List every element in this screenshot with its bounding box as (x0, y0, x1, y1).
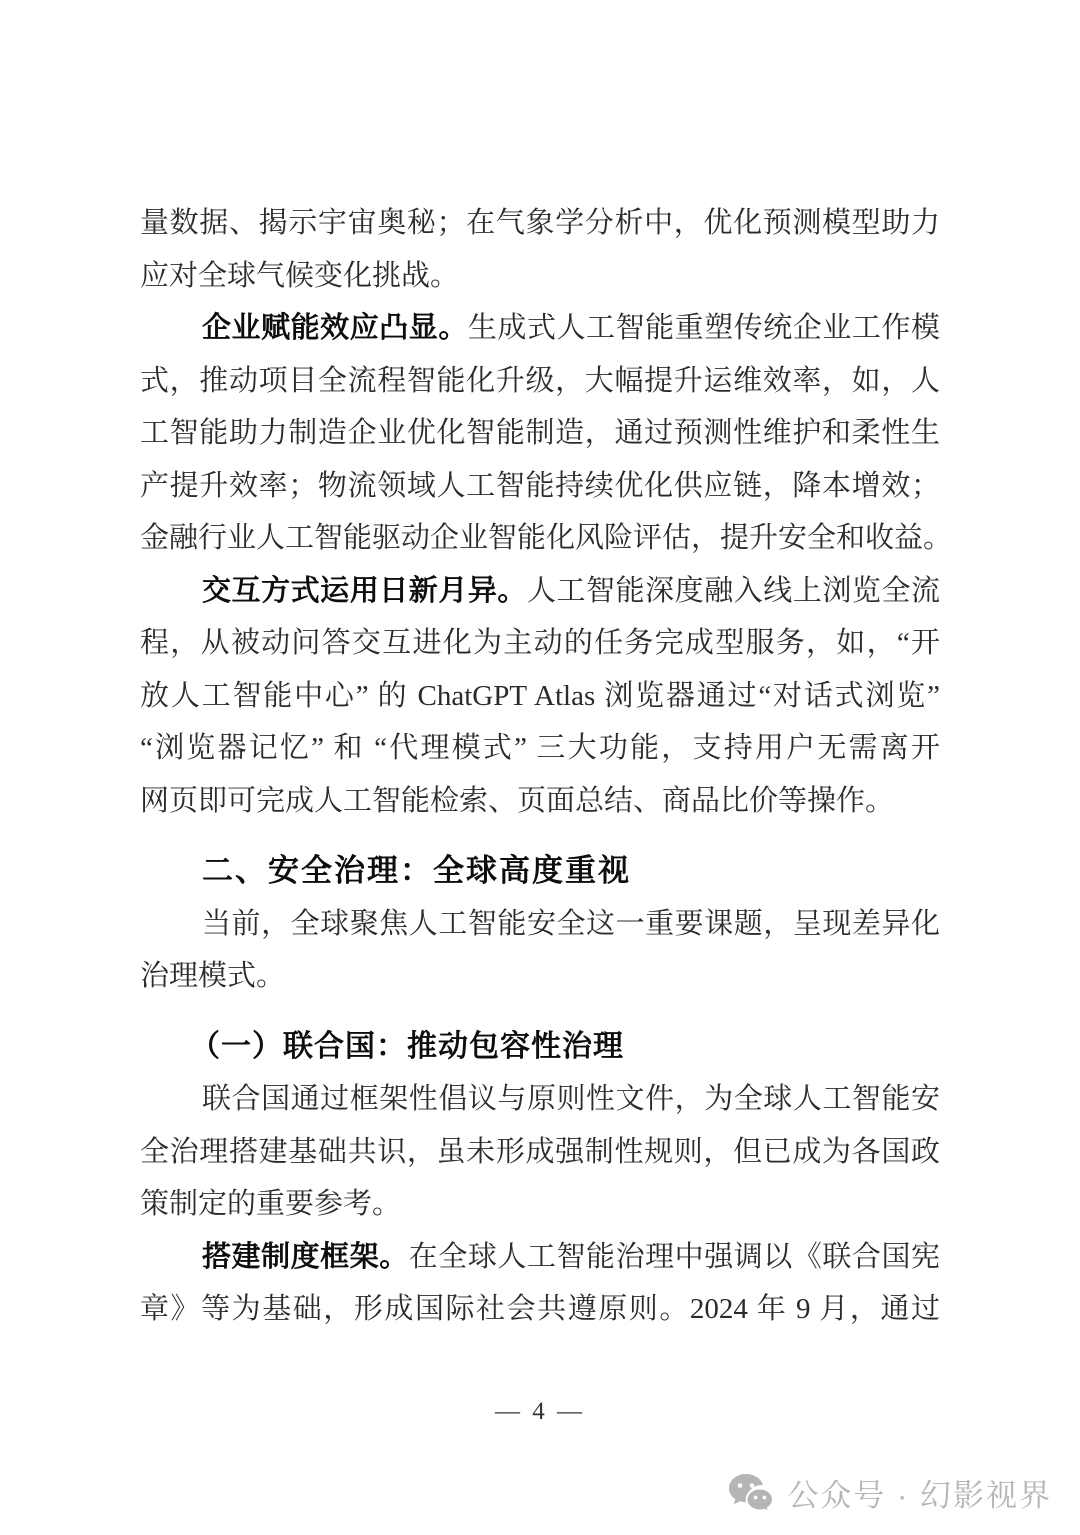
body-line: 治理模式。 (140, 950, 940, 1003)
body-line: 程，从被动问答交互进化为主动的任务完成型服务，如，“开 (140, 617, 940, 670)
run-in-heading: 企业赋能效应凸显。 (202, 312, 468, 344)
body-line: 金融行业人工智能驱动企业智能化风险评估，提升安全和收益。 (140, 512, 940, 565)
body-text: 在全球人工智能治理中强调以《联合国宪 (409, 1241, 940, 1273)
wechat-icon (728, 1472, 774, 1514)
paragraph-enterprise-empowerment: 企业赋能效应凸显。生成式人工智能重塑传统企业工作模 式，推动项目全流程智能化升级… (140, 302, 940, 565)
body-line: 量数据、揭示宇宙奥秘；在气象学分析中，优化预测模型助力 (140, 197, 940, 250)
paragraph-current-focus: 当前，全球聚焦人工智能安全这一重要课题，呈现差异化 治理模式。 (140, 898, 940, 1003)
run-in-heading: 交互方式运用日新月异。 (202, 575, 527, 607)
paragraph-continuation: 量数据、揭示宇宙奥秘；在气象学分析中，优化预测模型助力 应对全球气候变化挑战。 (140, 197, 940, 302)
watermark-label: 公众号 · 幻影视界 (787, 1470, 1052, 1515)
body-text: 生成式人工智能重塑传统企业工作模 (468, 312, 940, 344)
document-body: 量数据、揭示宇宙奥秘；在气象学分析中，优化预测模型助力 应对全球气候变化挑战。 … (140, 197, 940, 1336)
paragraph-un-consensus: 联合国通过框架性倡议与原则性文件，为全球人工智能安 全治理搭建基础共识，虽未形成… (140, 1073, 940, 1231)
body-line: 交互方式运用日新月异。人工智能深度融入线上浏览全流 (140, 565, 940, 618)
body-line: 放人工智能中心” 的 ChatGPT Atlas 浏览器通过“对话式浏览” (140, 670, 940, 723)
page-number: — 4 — (0, 1398, 1080, 1426)
subsection-heading-united-nations: （一）联合国：推动包容性治理 (140, 1021, 940, 1074)
body-line: 式，推动项目全流程智能化升级，大幅提升运维效率，如，人 (140, 355, 940, 408)
body-line: 企业赋能效应凸显。生成式人工智能重塑传统企业工作模 (140, 302, 940, 355)
document-page: 量数据、揭示宇宙奥秘；在气象学分析中，优化预测模型助力 应对全球气候变化挑战。 … (0, 0, 1080, 1535)
section-heading-security-governance: 二、安全治理：全球高度重视 (140, 845, 940, 898)
body-line: 工智能助力制造企业优化智能制造，通过预测性维护和柔性生 (140, 407, 940, 460)
watermark: 公众号 · 幻影视界 (728, 1470, 1052, 1515)
body-line: 策制定的重要参考。 (140, 1178, 940, 1231)
body-line: 章》等为基础，形成国际社会共遵原则。2024 年 9 月，通过《全 (140, 1283, 940, 1336)
body-line: 网页即可完成人工智能检索、页面总结、商品比价等操作。 (140, 775, 940, 828)
body-line: 应对全球气候变化挑战。 (140, 250, 940, 303)
body-text: 人工智能深度融入线上浏览全流 (527, 575, 940, 607)
body-line: 当前，全球聚焦人工智能安全这一重要课题，呈现差异化 (140, 898, 940, 951)
paragraph-institutional-framework: 搭建制度框架。在全球人工智能治理中强调以《联合国宪 章》等为基础，形成国际社会共… (140, 1231, 940, 1336)
body-line: 全治理搭建基础共识，虽未形成强制性规则，但已成为各国政 (140, 1126, 940, 1179)
body-line: “浏览器记忆” 和 “代理模式” 三大功能，支持用户无需离开 (140, 722, 940, 775)
paragraph-interaction-modes: 交互方式运用日新月异。人工智能深度融入线上浏览全流 程，从被动问答交互进化为主动… (140, 565, 940, 828)
body-line: 联合国通过框架性倡议与原则性文件，为全球人工智能安 (140, 1073, 940, 1126)
run-in-heading: 搭建制度框架。 (202, 1241, 409, 1273)
body-line: 搭建制度框架。在全球人工智能治理中强调以《联合国宪 (140, 1231, 940, 1284)
body-line: 产提升效率；物流领域人工智能持续优化供应链，降本增效； (140, 460, 940, 513)
